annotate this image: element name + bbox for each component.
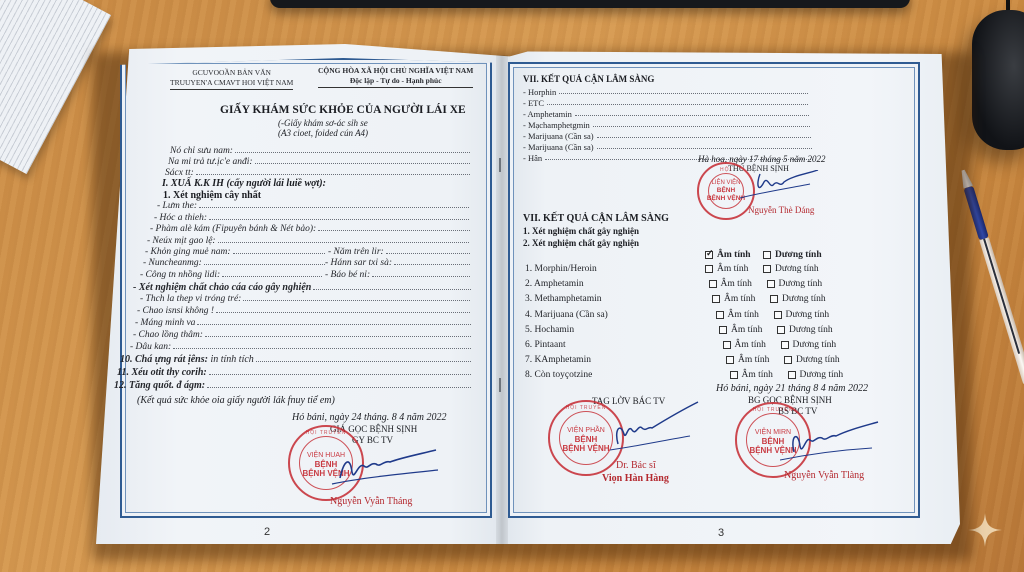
checkbox-positive[interactable] [781,341,789,349]
negative-option[interactable]: Âm tính [712,294,755,304]
negative-label: Âm tính [738,355,769,365]
test-row: 1. Morphin/HeroinÂm tínhDương tính [525,264,855,279]
field-a-1: - Lưm the: [157,201,469,211]
field-a-4: - Neúx mịt gao lệ: [147,236,469,246]
field-b-5: - Dâu kan: [130,342,471,352]
negative-label: Âm tính [717,264,748,274]
section-vii-heading-a: VII. KẾT QUẢ CẬN LÂM SÀNG [523,74,654,84]
positive-label: Dương tính [793,340,837,350]
negative-label: Âm tính [742,370,773,380]
keyboard [270,0,910,8]
positive-option[interactable]: Dương tính [788,370,844,380]
field-split-3-right: - Báo bé nỉ: [325,270,470,280]
positive-label: Dương tính [789,325,833,335]
test-header-row: Âm tính Dương tính [525,250,855,265]
signature-right-c [780,418,880,464]
field-split-3-left: - Công tn nhồng lidi: [140,270,322,280]
field-a-2: - Hóc a thieh: [154,213,469,223]
signature-right-b [610,400,700,452]
test-row: 4. Marijuana (Cần sa)Âm tínhDương tính [525,310,855,325]
positive-option[interactable]: Dương tính [774,310,830,320]
result-line-2: - ETC [523,98,808,108]
positive-option[interactable]: Dương tính [770,294,826,304]
negative-label: Âm tính [724,294,755,304]
test-row: 7. KAmphetaminÂm tínhDương tính [525,355,855,370]
positive-option[interactable]: Dương tính [777,325,833,335]
field-b-4: - Chao lồng thâm: [133,330,471,340]
conclusion-note: (Kết quả sức khỏe oia giấy người lák fnu… [137,395,335,406]
result-line-1: - Horphin [523,87,808,97]
test-name: 2. Amphetamin [525,279,584,289]
section-1-1-heading: 1. Xét nghiệm cây nhất [163,190,261,201]
test-row: 5. HochaminÂm tínhDương tính [525,325,855,340]
page-number-left: 2 [264,526,270,538]
checkbox-positive[interactable] [763,265,771,273]
header-national-motto: CỘNG HÒA XÃ HỘI CHỦ NGHĨA VIỆT NAM Độc l… [318,66,473,88]
doctor-label: Dr. Bác sĩ [616,460,656,471]
subheading-drug-test-2: 2. Xét nghiệm chất gây nghiện [523,238,639,248]
page-number-right: 3 [718,527,724,539]
subheading-drug-test-1: 1. Xét nghiệm chất gây nghiện [523,226,639,236]
test-name: 5. Hochamin [525,325,574,335]
field-personal-1: Nó chỉ sưu nam: [170,146,470,156]
field-b-3: - Máng minh va [135,318,471,328]
staple-top [499,158,501,172]
field-b-2: - Chao isnsi không ! [137,306,470,316]
section-vii-heading-b: VII. KẾT QUẢ CẬN LÂM SÀNG [523,213,669,224]
negative-option[interactable]: Âm tính [723,340,766,350]
document-format-note: (A3 cioet, foided cún A4) [278,128,368,138]
test-row: 6. PintaantÂm tínhDương tính [525,340,855,355]
test-name: 4. Marijuana (Cần sa) [525,310,608,320]
date-line-right-b: Hó báni, ngày 21 tháng 8 4 năm 2022 [716,383,868,394]
test-name: 6. Pintaant [525,340,566,350]
header-positive-option[interactable]: Dương tính [763,250,822,260]
document-title: GIẤY KHÁM SỨC KHỎE CỦA NGƯỜI LÁI XE [220,104,466,116]
result-line-5: - Marijuana (Cần sa) [523,131,811,141]
field-a-3: - Phàm alè kám (Fipuyên bánh & Nét bảo): [150,224,470,234]
checkbox-negative[interactable] [719,326,727,334]
field-split-1-left: - Khỏn ging muẻ nam: [145,247,325,257]
checkbox-positive[interactable] [788,371,796,379]
checkbox-negative[interactable] [723,341,731,349]
positive-label: Dương tính [779,279,823,289]
signature-right-a [740,170,820,202]
booklet-spine [496,55,508,544]
negative-option[interactable]: Âm tính [719,325,762,335]
checkbox-negative-checked[interactable] [705,251,713,259]
signer-name-right-a: Nguyễn Thè Dáng [748,205,814,215]
positive-option[interactable]: Dương tính [781,340,837,350]
result-line-3: - Amphetamin [523,109,809,119]
checkbox-positive[interactable] [767,280,775,288]
field-split-1-right: - Năm trên lir: [328,247,470,257]
document-subtitle: (-Giấy khám sơ-ác sỉh se [278,118,368,128]
positive-label: Dương tính [786,310,830,320]
positive-label: Dương tính [796,355,840,365]
field-personal-3: Sácx tt: [165,168,470,178]
test-name: 7. KAmphetamin [525,355,591,365]
checkbox-negative[interactable] [716,311,724,319]
test-name: 3. Methamphetamin [525,294,602,304]
field-item-10: 10. Chá ựng rát ịêns: in tính tích [120,354,471,365]
positive-option[interactable]: Dương tính [784,355,840,365]
positive-label: Dương tính [782,294,826,304]
positive-label: Dương tính [775,264,819,274]
field-item-12: 12. Tăng quốt. đ ágm: [114,380,471,391]
section-drug-screening: - Xét nghiệm chất chảo cáa cáo gây nghiệ… [133,282,471,293]
test-name: 8. Còn toyçotzine [525,370,592,380]
field-split-2-left: - Nuncheanmg: [143,258,325,268]
signer-name-right-b: Nguyễn Vyẫn Tlàng [784,470,864,481]
checkbox-negative[interactable] [712,295,720,303]
negative-option[interactable]: Âm tính [705,264,748,274]
checkbox-positive[interactable] [763,251,771,259]
negative-option[interactable]: Âm tính [716,310,759,320]
negative-label: Âm tính [728,310,759,320]
negative-label: Âm tính [735,340,766,350]
positive-option[interactable]: Dương tính [763,264,819,274]
result-line-6: - Marijuana (Cần sa) [523,142,812,152]
signer-name-left: Nguyễn Vyẫn Tháng [330,496,412,507]
field-b-1: - Thch la thep vi tróng tré: [140,294,470,304]
field-item-11: 11. Xéu otit thy corih: [117,367,471,378]
checkbox-positive[interactable] [784,356,792,364]
field-personal-2: Na mi trả tư.ịc'e anđi: [168,157,470,167]
negative-option[interactable]: Âm tính [730,370,773,380]
checkbox-negative[interactable] [730,371,738,379]
date-line-left: Hó báni, ngày 24 tháng. 8 4 năm 2022 [292,412,446,423]
staple-bottom [499,378,501,392]
checkbox-positive[interactable] [777,326,785,334]
signature-left [330,448,440,488]
positive-label: Dương tính [800,370,844,380]
checkbox-negative[interactable] [705,265,713,273]
test-name: 1. Morphin/Heroin [525,264,597,274]
computer-mouse [972,10,1024,150]
doctor-name: Viọn Hàn Hàng [602,473,669,484]
test-row: 3. MethamphetaminÂm tínhDương tính [525,294,855,309]
result-line-4: - Mạchamphetgmin [523,120,810,130]
checkbox-positive[interactable] [770,295,778,303]
test-row: 2. AmphetaminÂm tínhDương tính [525,279,855,294]
checkbox-negative[interactable] [709,280,717,288]
header-agency: GCUVOOẦN BẢN VĂN TRUUYEN'A CMAVT HOI VIỆ… [170,68,293,90]
negative-label: Âm tính [721,279,752,289]
section-1-heading: I. XUẤ K.K IH (cấy người lái luiề wợt): [162,178,326,189]
negative-label: Âm tính [731,325,762,335]
checkbox-negative[interactable] [726,356,734,364]
negative-option[interactable]: Âm tính [709,279,752,289]
sparkle-icon [968,513,1002,547]
checkbox-positive[interactable] [774,311,782,319]
header-negative-option[interactable]: Âm tính [705,250,751,260]
field-split-2-right: - Hánn sar txi sà: [325,258,470,268]
negative-option[interactable]: Âm tính [726,355,769,365]
positive-option[interactable]: Dương tính [767,279,823,289]
